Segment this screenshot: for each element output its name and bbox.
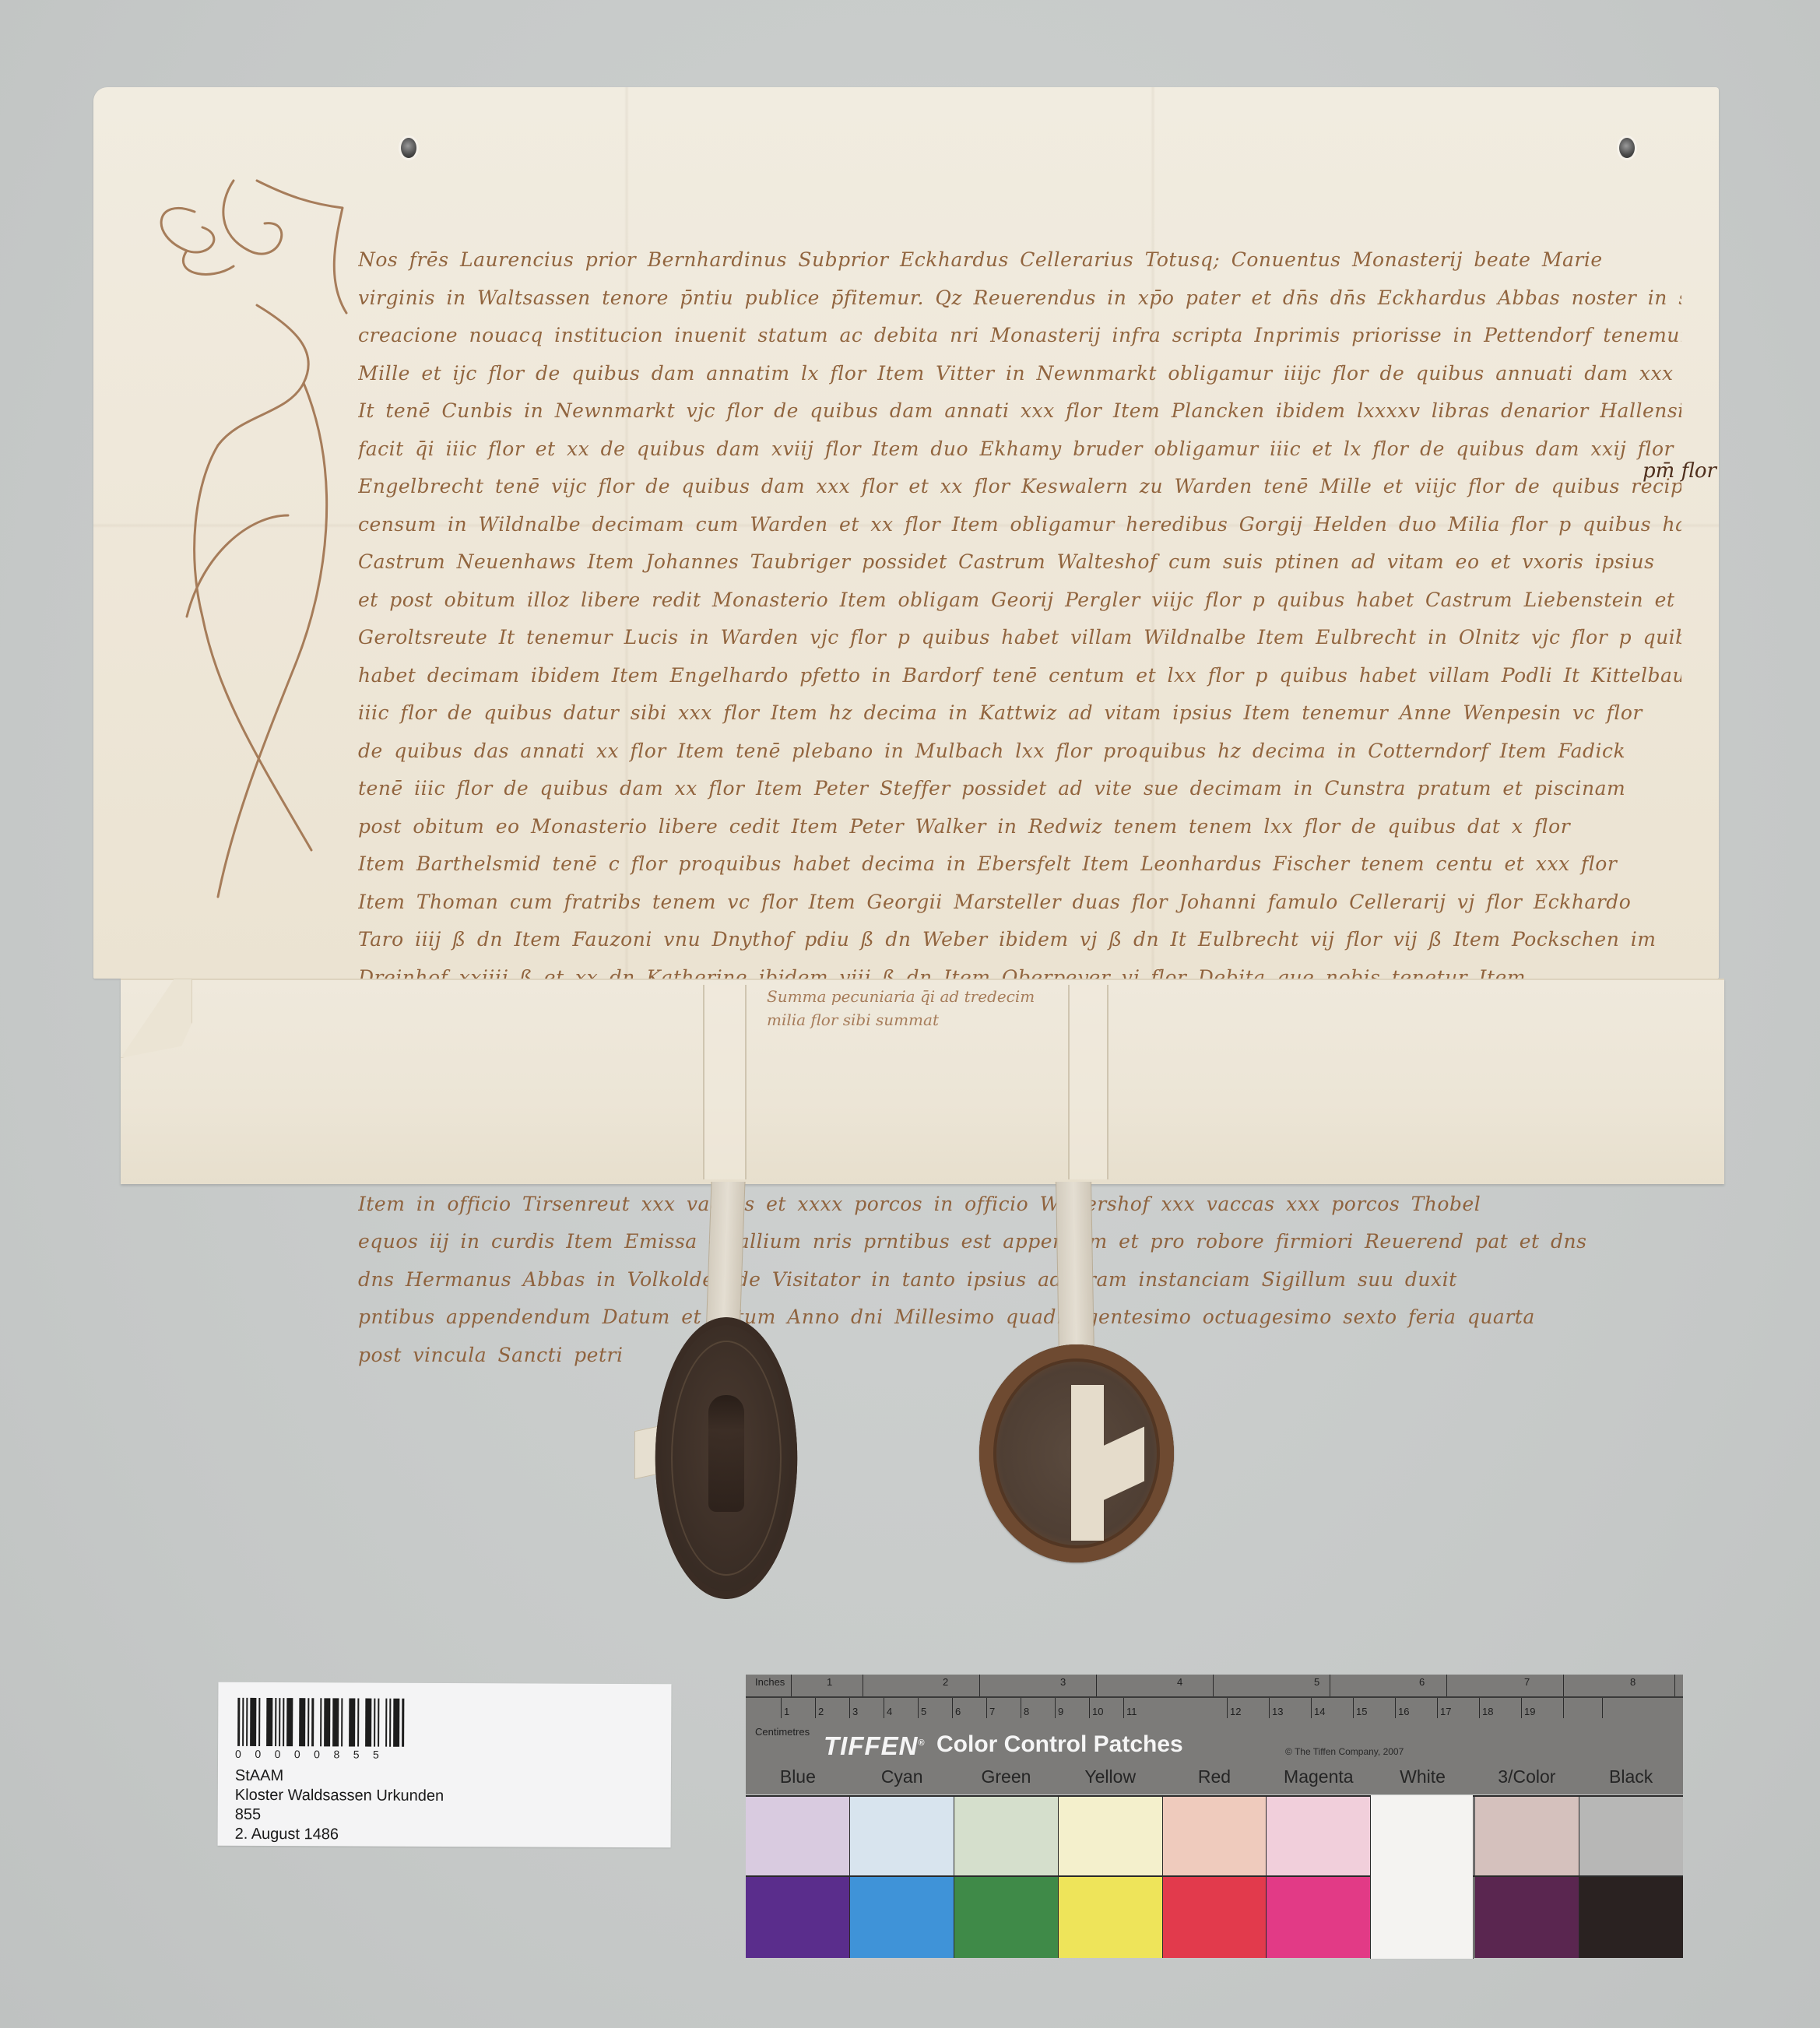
charter-line: Castrum Neuenhaws Item Johannes Taubrige… <box>358 543 1681 582</box>
inch-mark: 5 <box>1314 1676 1319 1688</box>
charter-line: de quibus das annati xx flor Item tenē p… <box>358 733 1681 771</box>
plica-note-line: Summa pecuniaria q̄i ad tredecim <box>767 985 1035 1008</box>
cm-mark: 18 <box>1482 1706 1493 1717</box>
seal-enthroned-figure-icon <box>708 1395 744 1512</box>
cm-mark: 4 <box>887 1706 892 1717</box>
cm-mark: 9 <box>1058 1706 1063 1717</box>
patch-row-dark <box>746 1875 1683 1958</box>
patch-label-blue: Blue <box>746 1766 850 1793</box>
collection-name: Kloster Waldsassen Urkunden <box>235 1786 444 1806</box>
charter-line: iiic flor de quibus datur sibi xxx flor … <box>358 694 1681 733</box>
inch-mark: 2 <box>943 1676 948 1688</box>
color-target-header: Inches 1 2 3 4 5 6 7 8 <box>746 1675 1683 1794</box>
inches-label: Inches <box>755 1676 785 1688</box>
charter-line: creacione nouacq institucion inuenit sta… <box>358 317 1681 355</box>
cm-mark: 7 <box>989 1706 995 1717</box>
seal-cord-left <box>706 1182 746 1337</box>
patch-3color-dark <box>1475 1877 1579 1958</box>
copyright: © The Tiffen Company, 2007 <box>1285 1746 1404 1757</box>
cm-ruler: 1 2 3 4 5 6 7 8 9 10 11 12 13 14 15 16 1… <box>746 1698 1683 1723</box>
seal-round-convent <box>979 1344 1174 1562</box>
charter-line: Mille et ijc flor de quibus dam annatim … <box>358 355 1681 393</box>
charter-line: virginis in Waltsassen tenore p̄ntiu pub… <box>358 279 1681 318</box>
barcode-digits: 00000855 <box>235 1748 392 1761</box>
patch-black-dark <box>1579 1877 1683 1958</box>
charter-line: equos iij in curdis Item Emissa Quallium… <box>358 1223 1681 1261</box>
charter-line: Item in officio Tirsenreut xxx vaccas et… <box>358 1186 1681 1224</box>
inch-mark: 7 <box>1524 1676 1530 1688</box>
registered-mark: ® <box>918 1738 925 1748</box>
charter-line: habet decimam ibidem Item Engelhardo pfe… <box>358 657 1681 695</box>
cm-mark: 19 <box>1524 1706 1535 1717</box>
patch-row-light <box>746 1795 1683 1876</box>
patch-labels: Blue Cyan Green Yellow Red Magenta White… <box>746 1766 1683 1793</box>
cm-mark: 3 <box>852 1706 858 1717</box>
archive-label-text: StAAM Kloster Waldsassen Urkunden 855 2.… <box>235 1766 444 1845</box>
patch-label-green: Green <box>954 1766 1059 1793</box>
brand-name: TIFFEN <box>824 1731 918 1760</box>
charter-line: Engelbrecht tenē vijc flor de quibus dam… <box>358 468 1681 506</box>
patch-magenta-dark <box>1267 1877 1371 1958</box>
tiffen-logo: TIFFEN® <box>824 1731 926 1761</box>
patch-cyan-light <box>850 1797 954 1876</box>
cm-mark: 12 <box>1230 1706 1241 1717</box>
barcode-icon <box>237 1698 406 1747</box>
cm-mark: 8 <box>1024 1706 1029 1717</box>
inch-mark: 6 <box>1419 1676 1425 1688</box>
cm-mark: 2 <box>818 1706 824 1717</box>
charter-line: Nos frēs Laurencius prior Bernhardinus S… <box>358 241 1681 279</box>
cm-mark: 10 <box>1092 1706 1103 1717</box>
charter-line: It tenē Cunbis in Newnmarkt vjc flor de … <box>358 392 1681 431</box>
margin-note: pm̄ flor <box>1643 459 1716 483</box>
charter-line: Item Thoman cum fratribs tenem vc flor I… <box>358 884 1681 922</box>
punch-hole-right <box>1619 138 1635 158</box>
seal-strap-slot-left <box>703 985 747 1179</box>
tiffen-color-target: Inches 1 2 3 4 5 6 7 8 <box>746 1675 1683 1959</box>
plica-note: Summa pecuniaria q̄i ad tredecim milia f… <box>767 985 1035 1032</box>
document-number: 855 <box>235 1805 444 1826</box>
cm-mark: 13 <box>1272 1706 1283 1717</box>
patch-blue-dark <box>746 1877 850 1958</box>
cm-mark: 17 <box>1440 1706 1451 1717</box>
cm-mark: 15 <box>1356 1706 1367 1717</box>
cm-mark: 14 <box>1314 1706 1325 1717</box>
document-date: 2. August 1486 <box>235 1825 444 1845</box>
centimetres-label: Centimetres <box>755 1726 810 1738</box>
cm-mark: 1 <box>784 1706 789 1717</box>
inch-mark: 8 <box>1630 1676 1636 1688</box>
patch-blue-light <box>746 1797 850 1876</box>
patch-label-3color: 3/Color <box>1474 1766 1579 1793</box>
patch-label-red: Red <box>1162 1766 1267 1793</box>
cm-mark: 11 <box>1126 1706 1137 1717</box>
white-patch-column <box>1370 1795 1474 1959</box>
charter-text: Nos frēs Laurencius prior Bernhardinus S… <box>358 241 1681 1374</box>
archive-label: 00000855 StAAM Kloster Waldsassen Urkund… <box>218 1682 672 1848</box>
inch-mark: 4 <box>1177 1676 1182 1688</box>
patch-red-light <box>1163 1797 1267 1876</box>
punch-hole-left <box>401 138 416 158</box>
patch-green-dark <box>954 1877 1059 1958</box>
inch-ruler: Inches 1 2 3 4 5 6 7 8 <box>746 1675 1683 1698</box>
charter-line: facit q̄i iiic flor et xx de quibus dam … <box>358 431 1681 469</box>
charter-line: pntibus appendendum Datum et actum Anno … <box>358 1299 1681 1337</box>
patch-label-magenta: Magenta <box>1267 1766 1371 1793</box>
charter-line: tenē iiic flor de quibus dam xx flor Ite… <box>358 770 1681 808</box>
charter-line: Geroltsreute It tenemur Lucis in Warden … <box>358 619 1681 657</box>
patch-label-cyan: Cyan <box>850 1766 954 1793</box>
patch-yellow-light <box>1059 1797 1163 1876</box>
cm-mark: 5 <box>921 1706 926 1717</box>
patch-3color-light <box>1475 1797 1579 1876</box>
patch-green-light <box>954 1797 1059 1876</box>
plica-note-line: milia flor sibi summat <box>767 1008 1035 1032</box>
archive-name: StAAM <box>235 1766 444 1787</box>
patch-magenta-light <box>1267 1797 1371 1876</box>
patch-black-light <box>1579 1797 1683 1876</box>
patch-cyan-dark <box>850 1877 954 1958</box>
inch-mark: 3 <box>1060 1676 1066 1688</box>
charter-line: et post obitum illoz libere redit Monast… <box>358 582 1681 620</box>
patch-yellow-dark <box>1059 1877 1163 1958</box>
cm-mark: 16 <box>1398 1706 1409 1717</box>
charter-line: dns Hermanus Abbas in Volkolderode Visit… <box>358 1261 1681 1299</box>
charter-line: Taro iiij ß dn Item Fauzoni vnu Dnythof … <box>358 921 1681 959</box>
patch-label-yellow: Yellow <box>1058 1766 1162 1793</box>
seal-cord-right <box>1056 1182 1094 1357</box>
patch-red-dark <box>1163 1877 1267 1958</box>
seal-strap-slot-right <box>1068 985 1109 1179</box>
charter-parchment: Nos frēs Laurencius prior Bernhardinus S… <box>93 87 1719 979</box>
charter-line: Item Barthelsmid tenē c flor proquibus h… <box>358 845 1681 884</box>
charter-line: post obitum eo Monasterio libere cedit I… <box>358 808 1681 846</box>
patch-label-white: White <box>1371 1766 1475 1793</box>
patch-label-black: Black <box>1579 1766 1683 1793</box>
target-title: Color Control Patches <box>936 1731 1183 1758</box>
charter-line: censum in Wildnalbe decimam cum Warden e… <box>358 506 1681 544</box>
cm-mark: 6 <box>955 1706 961 1717</box>
seal-paper-tab <box>634 1426 658 1479</box>
inch-mark: 1 <box>827 1676 832 1688</box>
